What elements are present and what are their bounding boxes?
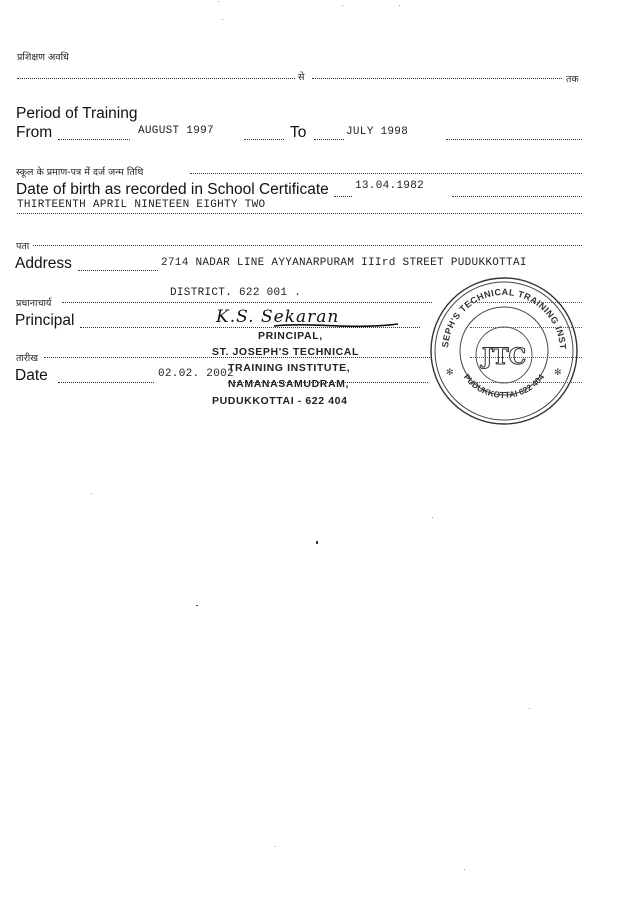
from-value: AUGUST 1997 [138, 125, 214, 137]
svg-text:ST. JOSEPH'S TECHNICAL TRAININ: ST. JOSEPH'S TECHNICAL TRAINING INSTITUT… [428, 275, 568, 350]
dob-field-line [334, 196, 352, 197]
seal-bottom-text: PUDUKKOTTAI 622 404 [462, 372, 547, 400]
stamp-line-city: PUDUKKOTTAI - 622 404 [212, 395, 348, 407]
date-hindi-label: तारीख [16, 351, 38, 364]
principal-hindi-field-line-tail [470, 302, 582, 303]
to-field-line [314, 139, 344, 140]
institution-round-seal: ST. JOSEPH'S TECHNICAL TRAINING INSTITUT… [428, 275, 580, 427]
from-label: From [16, 124, 52, 142]
to-value: JULY 1998 [346, 126, 408, 138]
stamp-line-principal: PRINCIPAL, [258, 330, 323, 342]
stamp-line-institute: TRAINING INSTITUTE, [228, 362, 350, 374]
seal-outer-text: ST. JOSEPH'S TECHNICAL TRAINING INSTITUT… [428, 275, 568, 350]
principal-label: Principal [15, 312, 74, 330]
date-value: 02.02. 2002 [158, 368, 234, 380]
training-period-label: Period of Training [16, 105, 138, 123]
svg-text:✻: ✻ [554, 368, 562, 378]
date-field-line-end [470, 382, 582, 383]
dob-hindi-field-line [190, 173, 582, 174]
address-hindi-field-line [33, 245, 582, 246]
principal-field-line-tail [470, 327, 582, 328]
training-to-hindi-label: तक [566, 72, 579, 85]
training-to-hindi-field-line [312, 78, 562, 79]
dob-label: Date of birth as recorded in School Cert… [16, 181, 329, 199]
dob-field-line-tail [452, 196, 582, 197]
principal-hindi-label: प्रधानाचार्य [16, 296, 51, 309]
dob-words-field-line [17, 213, 582, 214]
address-hindi-label: पता [16, 239, 29, 252]
address-line-2: DISTRICT. 622 001 . [170, 287, 301, 299]
to-label: To [290, 124, 306, 142]
date-hindi-field-line-tail [470, 357, 582, 358]
date-hindi-field-line [44, 357, 432, 358]
from-field-line-tail [244, 139, 284, 140]
svg-text:PUDUKKOTTAI 622 404: PUDUKKOTTAI 622 404 [462, 372, 547, 400]
stamp-line-town: NAMANASAMUDRAM, [228, 378, 349, 390]
training-period-hindi-label: प्रशिक्षण अवधि [17, 50, 69, 63]
dob-value: 13.04.1982 [355, 180, 424, 192]
principal-hindi-field-line [62, 302, 432, 303]
training-from-hindi-label: से [298, 70, 304, 83]
address-field-line [78, 270, 158, 271]
date-field-line [58, 382, 154, 383]
address-line-1: 2714 NADAR LINE AYYANARPURAM IIIrd STREE… [161, 257, 527, 269]
svg-text:✻: ✻ [446, 368, 454, 378]
to-field-line-tail [446, 139, 582, 140]
dob-hindi-label: स्कूल के प्रमाण-पत्र में दर्ज जन्म तिथि [16, 165, 143, 178]
dob-in-words: THIRTEENTH APRIL NINETEEN EIGHTY TWO [17, 199, 265, 211]
training-from-hindi-field-line [17, 78, 295, 79]
date-label: Date [15, 367, 48, 385]
from-field-line [58, 139, 130, 140]
address-label: Address [15, 255, 72, 273]
